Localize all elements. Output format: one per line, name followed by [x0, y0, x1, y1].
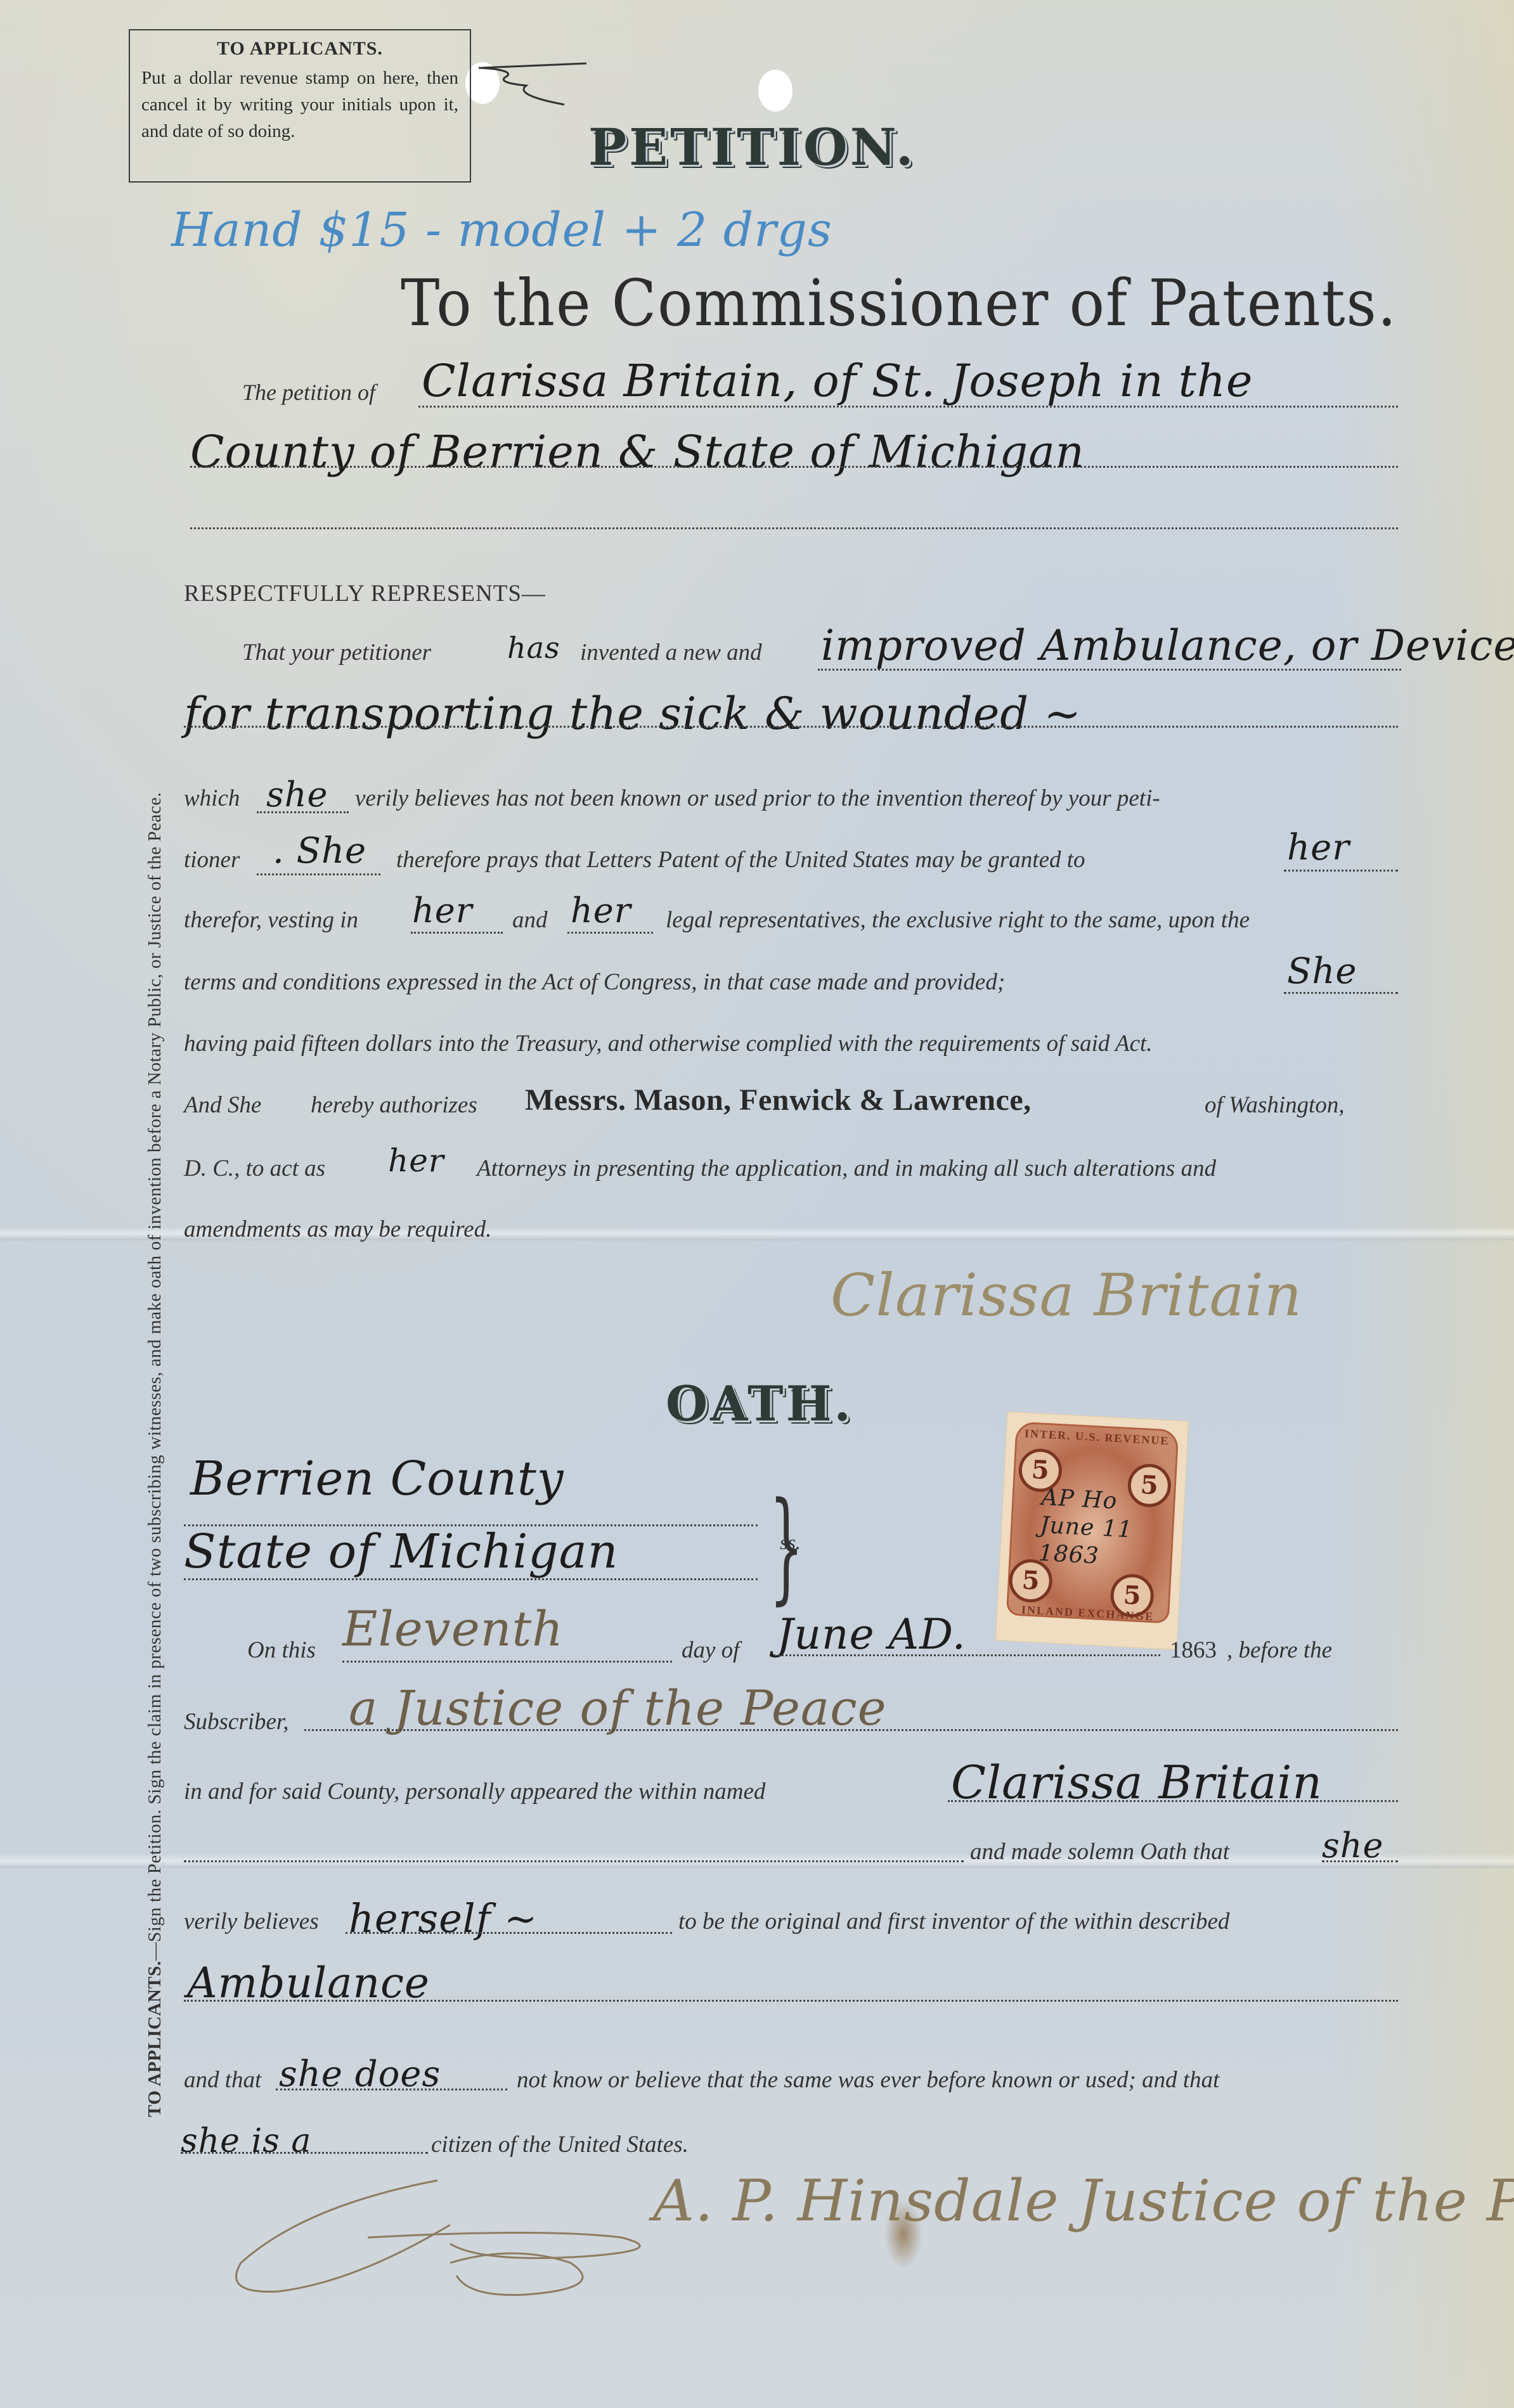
- hand-she: She: [1287, 951, 1357, 992]
- oath-she: she: [1322, 1825, 1383, 1865]
- oath-herself: herself ~: [349, 1895, 538, 1941]
- text-therefore-prays: therefore prays that Letters Patent of t…: [396, 846, 1085, 873]
- text-original-inventor: to be the original and first inventor of…: [678, 1908, 1229, 1935]
- ss-label: ss.: [780, 1531, 801, 1554]
- text-verily-believes: verily believes: [184, 1908, 319, 1935]
- petitioner-name-line1: Clarissa Britain, of St. Joseph in the: [422, 355, 1253, 407]
- venue-state: State of Michigan: [184, 1524, 618, 1579]
- oath-officer-title: a Justice of the Peace: [349, 1680, 887, 1736]
- text-invented-new-and: invented a new and: [580, 639, 762, 666]
- fill-line: [1284, 992, 1398, 994]
- hand-has: has: [507, 631, 560, 665]
- applicant-notice-box: TO APPLICANTS. Put a dollar revenue stam…: [129, 29, 471, 183]
- fill-line: [190, 466, 1398, 468]
- fill-line: [184, 1578, 758, 1580]
- text-subscriber: Subscriber,: [184, 1708, 288, 1735]
- notice-body: Put a dollar revenue stamp on here, then…: [141, 65, 458, 145]
- text-made-solemn-oath: and made solemn Oath that: [970, 1838, 1229, 1865]
- hand-her: her: [571, 891, 631, 930]
- text-legal-representatives: legal representatives, the exclusive rig…: [666, 906, 1250, 934]
- text-having-paid: having paid fifteen dollars into the Tre…: [184, 1030, 1153, 1057]
- text-and: and: [512, 906, 548, 934]
- text-dc-to-act-as: D. C., to act as: [184, 1155, 325, 1182]
- hand-she: she: [266, 775, 328, 814]
- fill-line: [418, 406, 1398, 408]
- petition-intro-label: The petition of: [242, 379, 375, 406]
- petition-heading: PETITION.: [588, 117, 916, 177]
- text-hereby-authorizes: hereby authorizes: [311, 1091, 477, 1119]
- petitioner-signature: Clarissa Britain: [831, 1261, 1302, 1329]
- punch-hole: [758, 70, 793, 112]
- addressee-heading: To the Commissioner of Patents.: [401, 266, 1397, 341]
- hand-she: . She: [273, 830, 366, 872]
- hand-her: her: [388, 1142, 444, 1179]
- attorney-firm-name: Messrs. Mason, Fenwick & Lawrence,: [525, 1083, 1032, 1117]
- invention-title-line2: for transporting the sick & wounded ~: [184, 688, 1082, 740]
- oath-heading: OATH.: [666, 1375, 853, 1432]
- text-citizen: citizen of the United States.: [431, 2131, 689, 2158]
- side-instructions-text: —Sign the Petition. Sign the claim in pr…: [145, 792, 165, 1961]
- text-appeared: in and for said County, personally appea…: [184, 1778, 765, 1805]
- signature-flourish-icon: [228, 2168, 926, 2314]
- notice-title: TO APPLICANTS.: [141, 38, 458, 60]
- side-instructions: TO APPLICANTS.—Sign the Petition. Sign t…: [145, 792, 165, 2117]
- text-amendments: amendments as may be required.: [184, 1216, 491, 1243]
- text-day-of: day of: [682, 1637, 739, 1664]
- respectfully-represents: RESPECTFULLY REPRESENTS—: [184, 580, 546, 607]
- text-verily-believes: verily believes has not been known or us…: [355, 785, 1160, 812]
- text-terms-and-conditions: terms and conditions expressed in the Ac…: [184, 969, 1005, 996]
- fill-line: [948, 1800, 1398, 1802]
- side-instructions-lead: TO APPLICANTS.: [145, 1961, 165, 2117]
- text-attorneys-in-presenting: Attorneys in presenting the application,…: [477, 1155, 1216, 1182]
- petitioner-name-line2: County of Berrien & State of Michigan: [190, 426, 1085, 478]
- text-and-that: and that: [184, 2066, 261, 2094]
- stamp-cancellation: AP Ho June 11 1863: [1038, 1484, 1137, 1573]
- fill-line: [184, 2000, 1398, 2002]
- fill-line: [276, 2089, 507, 2090]
- margin-note-fee: Hand $15 - model + 2 drgs: [171, 203, 832, 257]
- fill-line: [181, 2152, 428, 2154]
- hand-her: her: [1287, 827, 1350, 868]
- fill-line: [1322, 1860, 1398, 1862]
- fill-line: [190, 527, 1398, 529]
- ink-blot: [884, 2199, 922, 2269]
- fill-line: [346, 1932, 672, 1934]
- pen-mark-icon: [476, 60, 640, 111]
- fill-line: [184, 726, 1398, 728]
- fill-line: [818, 669, 1401, 671]
- fill-line: [1284, 870, 1398, 872]
- text-before-the: , before the: [1227, 1637, 1332, 1664]
- fill-line: [257, 811, 349, 813]
- oath-month: June AD.: [777, 1610, 966, 1659]
- venue-county: Berrien County: [190, 1452, 564, 1506]
- oath-year: 1863: [1170, 1637, 1217, 1664]
- hand-her: her: [412, 891, 473, 930]
- fill-line: [411, 932, 503, 934]
- oath-she-is-a: she is a: [181, 2122, 311, 2160]
- oath-day: Eleventh: [342, 1600, 564, 1657]
- fill-line: [567, 932, 653, 934]
- text-tioner: tioner: [184, 846, 240, 873]
- revenue-stamp: INTER. U.S. REVENUE 5 5 5 5 INLAND EXCHA…: [996, 1412, 1188, 1649]
- text-which: which: [184, 785, 240, 812]
- fill-line: [304, 1729, 1398, 1731]
- text-on-this: On this: [247, 1637, 316, 1664]
- invention-title-line1: improved Ambulance, or Device: [821, 621, 1514, 670]
- text-of-washington: of Washington,: [1205, 1091, 1345, 1119]
- fill-line: [184, 1860, 964, 1862]
- fill-line: [773, 1654, 1160, 1656]
- fill-line: [342, 1661, 672, 1663]
- fill-line: [257, 873, 380, 875]
- text-and-she: And She: [184, 1091, 261, 1119]
- text-therefor-vesting: therefor, vesting in: [184, 906, 358, 934]
- text-not-know: not know or believe that the same was ev…: [517, 2066, 1219, 2094]
- text-that-your-petitioner: That your petitioner: [242, 639, 431, 666]
